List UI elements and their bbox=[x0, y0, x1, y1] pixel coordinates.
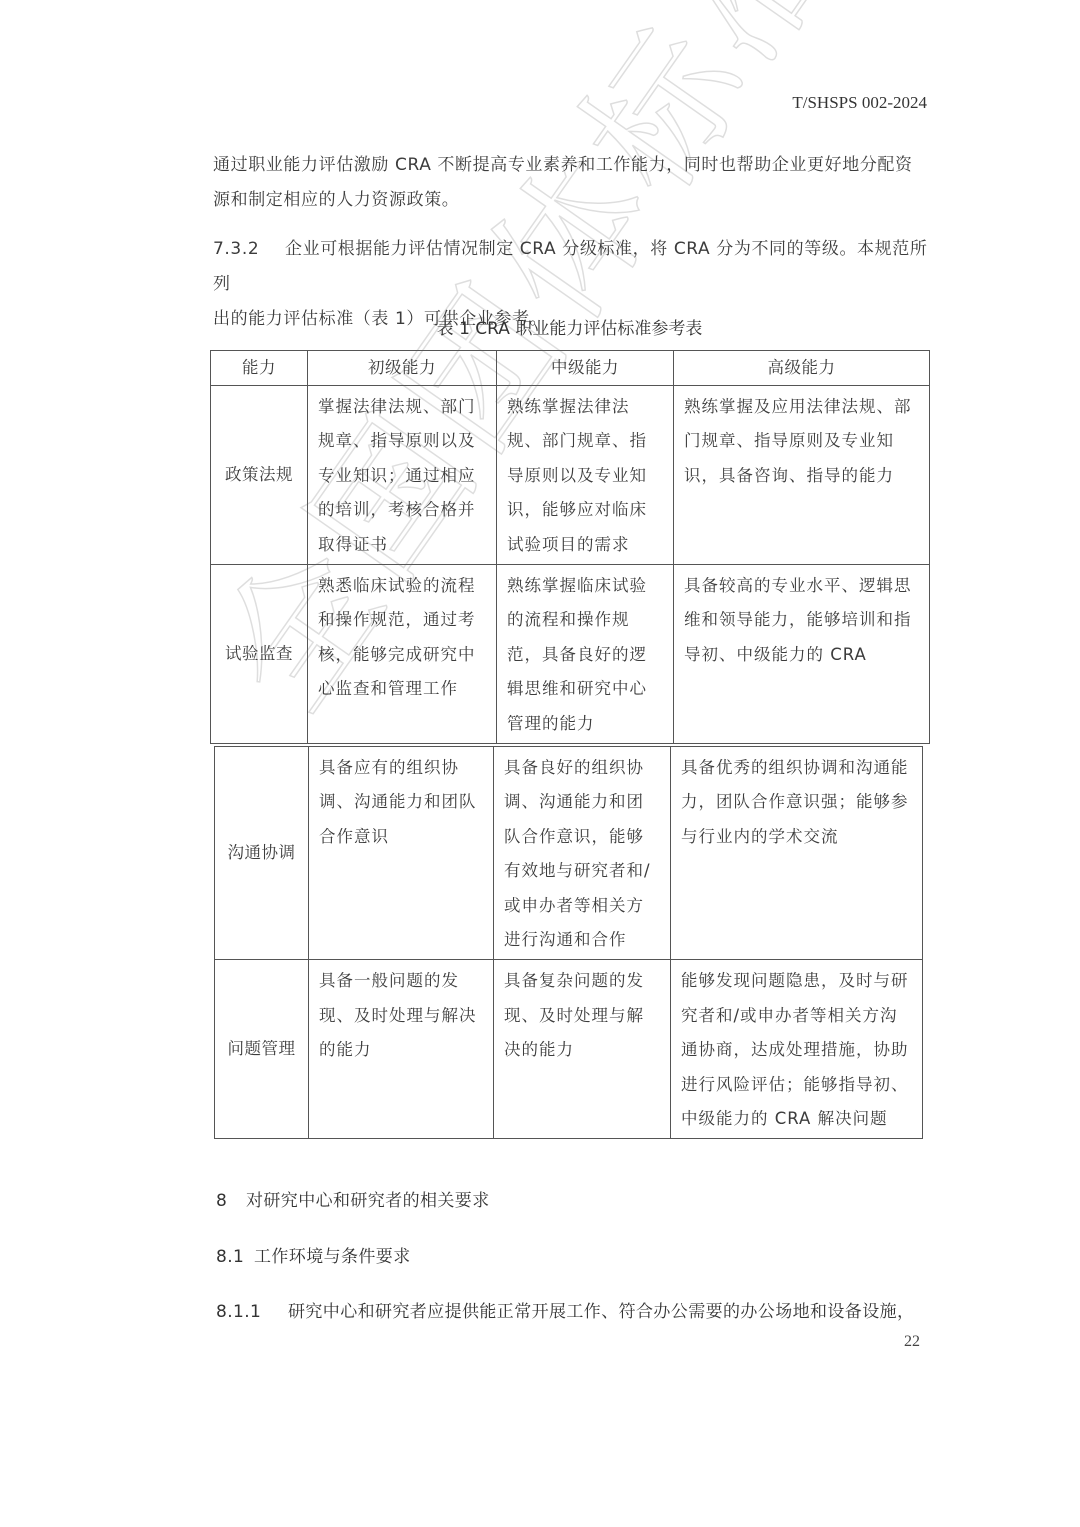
section-8-heading: 8对研究中心和研究者的相关要求 bbox=[216, 1186, 490, 1211]
clause-line-1: 企业可根据能力评估情况制定 CRA 分级标准，将 CRA 分为不同的等级。本规范… bbox=[213, 239, 927, 294]
header-senior: 高级能力 bbox=[674, 351, 930, 386]
cra-ability-table-part-2: 沟通协调 具备应有的组织协调、沟通能力和团队合作意识 具备良好的组织协调、沟通能… bbox=[214, 746, 923, 1139]
intro-paragraph: 通过职业能力评估激励 CRA 不断提高专业素养和工作能力，同时也帮助企业更好地分… bbox=[213, 148, 929, 218]
intermediate-cell: 熟练掌握法律法规、部门规章、指导原则以及专业知识，能够应对临床试验项目的需求 bbox=[497, 386, 674, 565]
intermediate-cell: 熟练掌握临床试验的流程和操作规范，具备良好的逻辑思维和研究中心管理的能力 bbox=[497, 565, 674, 744]
table-row: 沟通协调 具备应有的组织协调、沟通能力和团队合作意识 具备良好的组织协调、沟通能… bbox=[215, 747, 923, 960]
ability-cell: 政策法规 bbox=[211, 386, 308, 565]
document-page: 全国团体标准信息平台 T/SHSPS 002-2024 通过职业能力评估激励 C… bbox=[0, 0, 1080, 1527]
clause-text: 研究中心和研究者应提供能正常开展工作、符合办公需要的办公场地和设备设施， bbox=[288, 1302, 914, 1322]
clause-number: 8.1.1 bbox=[216, 1302, 288, 1322]
section-title: 对研究中心和研究者的相关要求 bbox=[246, 1191, 490, 1211]
header-ability: 能力 bbox=[211, 351, 308, 386]
senior-cell: 熟练掌握及应用法律法规、部门规章、指导原则及专业知识，具备咨询、指导的能力 bbox=[674, 386, 930, 565]
ability-cell: 试验监查 bbox=[211, 565, 308, 744]
section-number: 8 bbox=[216, 1191, 246, 1211]
clause-8-1-1: 8.1.1研究中心和研究者应提供能正常开展工作、符合办公需要的办公场地和设备设施… bbox=[216, 1297, 932, 1322]
cra-ability-table-part-1: 能力 初级能力 中级能力 高级能力 政策法规 掌握法律法规、部门规章、指导原则以… bbox=[210, 350, 930, 744]
senior-cell: 具备较高的专业水平、逻辑思维和领导能力，能够培训和指导初、中级能力的 CRA bbox=[674, 565, 930, 744]
senior-cell: 具备优秀的组织协调和沟通能力，团队合作意识强；能够参与行业内的学术交流 bbox=[671, 747, 923, 960]
senior-cell: 能够发现问题隐患，及时与研究者和/或申办者等相关方沟通协商，达成处理措施，协助进… bbox=[671, 960, 923, 1139]
section-title: 工作环境与条件要求 bbox=[254, 1247, 411, 1267]
table-row: 政策法规 掌握法律法规、部门规章、指导原则以及专业知识；通过相应的培训，考核合格… bbox=[211, 386, 930, 565]
clause-number: 7.3.2 bbox=[213, 232, 285, 267]
table-header-row: 能力 初级能力 中级能力 高级能力 bbox=[211, 351, 930, 386]
intro-line-2: 源和制定相应的人力资源政策。 bbox=[213, 183, 929, 218]
table-row: 问题管理 具备一般问题的发现、及时处理与解决的能力 具备复杂问题的发现、及时处理… bbox=[215, 960, 923, 1139]
intro-line-1: 通过职业能力评估激励 CRA 不断提高专业素养和工作能力，同时也帮助企业更好地分… bbox=[213, 148, 929, 183]
junior-cell: 具备应有的组织协调、沟通能力和团队合作意识 bbox=[309, 747, 494, 960]
document-code: T/SHSPS 002-2024 bbox=[792, 93, 927, 113]
ability-cell: 问题管理 bbox=[215, 960, 309, 1139]
table-row: 试验监查 熟悉临床试验的流程和操作规范，通过考核，能够完成研究中心监查和管理工作… bbox=[211, 565, 930, 744]
header-junior: 初级能力 bbox=[308, 351, 497, 386]
junior-cell: 掌握法律法规、部门规章、指导原则以及专业知识；通过相应的培训，考核合格并取得证书 bbox=[308, 386, 497, 565]
intermediate-cell: 具备复杂问题的发现、及时处理与解决的能力 bbox=[494, 960, 671, 1139]
section-number: 8.1 bbox=[216, 1247, 254, 1267]
page-number: 22 bbox=[904, 1333, 920, 1351]
header-intermediate: 中级能力 bbox=[497, 351, 674, 386]
table-caption: 表 1 CRA 职业能力评估标准参考表 bbox=[210, 314, 929, 339]
junior-cell: 具备一般问题的发现、及时处理与解决的能力 bbox=[309, 960, 494, 1139]
section-8-1-heading: 8.1工作环境与条件要求 bbox=[216, 1242, 411, 1267]
ability-cell: 沟通协调 bbox=[215, 747, 309, 960]
junior-cell: 熟悉临床试验的流程和操作规范，通过考核，能够完成研究中心监查和管理工作 bbox=[308, 565, 497, 744]
intermediate-cell: 具备良好的组织协调、沟通能力和团队合作意识，能够有效地与研究者和/或申办者等相关… bbox=[494, 747, 671, 960]
